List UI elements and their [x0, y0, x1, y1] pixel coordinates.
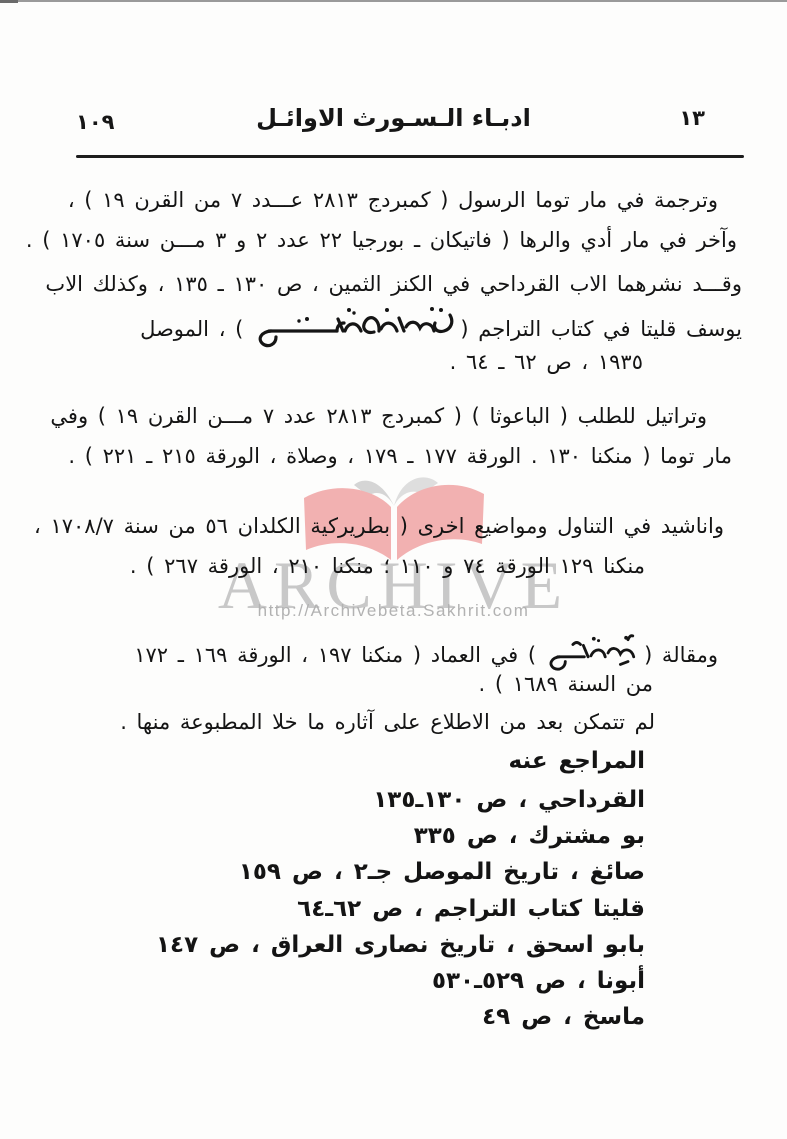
syriac-word-glyph: [542, 634, 638, 677]
reference-item: بابو اسحق ، تاريخ نصارى العراق ، ص ١٤٧: [156, 932, 645, 958]
watermark-url: http://Archivebeta.Sakhrit.com: [0, 601, 787, 621]
paragraph-line: يوسف قليتا في كتاب التراجم (: [140, 306, 742, 353]
reference-item: ماسخ ، ص ٤٩: [482, 1004, 645, 1030]
paragraph-line-text: ) في العماد ( منكنا ١٩٧ ، الورقة ١٦٩ ـ ١…: [134, 643, 536, 667]
paragraph-line-text: ) ، الموصل: [140, 317, 243, 341]
paragraph-line: مار توما ( منكنا ١٣٠ . الورقة ١٧٧ ـ ١٧٩ …: [68, 444, 732, 468]
syriac-word-glyph: [249, 306, 454, 353]
reference-item: قليتا كتاب التراجم ، ص ٦٢ـ٦٤: [297, 896, 645, 922]
entry-number: ١٣: [679, 106, 705, 130]
paragraph-line: وقـــد نشرهما الاب القرداحي في الكنز الث…: [45, 272, 742, 296]
paragraph-line: وآخر في مار أدي والرها ( فاتيكان ـ بورجي…: [26, 228, 737, 252]
paragraph-line: ١٩٣٥ ، ص ٦٢ ـ ٦٤ .: [450, 350, 643, 374]
paragraph-line-text: يوسف قليتا في كتاب التراجم (: [460, 317, 742, 341]
references-heading: المراجع عنه: [509, 748, 645, 774]
header-rule: [76, 155, 744, 158]
paragraph-line: وتراتيل للطلب ( الباعوثا ) ( كمبردج ٢٨١٣…: [50, 404, 707, 428]
reference-item: صائغ ، تاريخ الموصل جـ٢ ، ص ١٥٩: [239, 859, 645, 885]
reference-item: أبونا ، ص ٥٢٩ـ٥٣٠: [432, 968, 645, 994]
paragraph-line: منكنا ١٢٩ الورقة ٧٤ و ١١٠ ؛ منكنا ٢١٠ ، …: [130, 554, 645, 578]
closing-note: لم تتمكن بعد من الاطلاع على آثاره ما خلا…: [120, 710, 655, 734]
paragraph-line: ومقالة ( ) في العماد ( منكنا ١٩٧ ، الورق…: [134, 634, 718, 677]
reference-item: بو مشترك ، ص ٣٣٥: [414, 823, 645, 849]
paragraph-line-text: ومقالة (: [644, 643, 718, 667]
scan-corner-mark: [0, 0, 18, 3]
reference-item: القرداحي ، ص ١٣٠ـ١٣٥: [373, 787, 645, 813]
scanned-book-page: ١٠٩ ادبـاء الـسـورث الاوائـل ١٣ ARCHIVE …: [0, 0, 787, 1139]
paragraph-line: وترجمة في مار توما الرسول ( كمبردج ٢٨١٣ …: [68, 188, 718, 212]
paragraph-line: من السنة ١٦٨٩ ) .: [479, 672, 654, 696]
paragraph-line: واناشيد في التناول ومواضيع اخرى ( بطريرك…: [34, 514, 724, 538]
page-title: ادبـاء الـسـورث الاوائـل: [0, 104, 787, 132]
scan-top-edge: [0, 0, 787, 2]
